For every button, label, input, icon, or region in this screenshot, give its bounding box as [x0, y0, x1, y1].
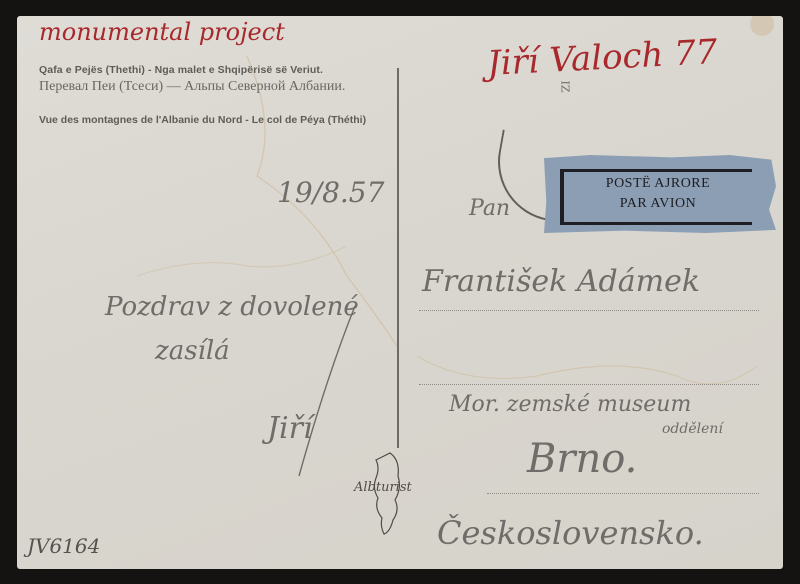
airmail-label-line-2: PAR AVION — [564, 196, 752, 212]
albturist-logo-text: Albturist — [354, 480, 412, 495]
airmail-label-frame: POSTË AJRORE PAR AVION — [560, 169, 752, 225]
address-city: Brno. — [527, 436, 637, 482]
address-line-2 — [419, 384, 759, 385]
caption-french: Vue des montagnes de l'Albanie du Nord -… — [39, 114, 379, 126]
caption-albanian: Qafa e Pejës (Thethi) - Nga malet e Shqi… — [39, 64, 323, 76]
address-department: oddělení — [662, 421, 723, 437]
inventory-number: JV6164 — [27, 534, 100, 558]
divider-line — [397, 68, 399, 448]
small-mark: IZ — [559, 81, 572, 93]
address-line-3 — [487, 493, 759, 494]
date: 19/8.57 — [277, 176, 384, 209]
caption-russian: Перевал Пеи (Тсеси) — Альпы Северной Алб… — [39, 79, 379, 94]
address-country: Československo. — [437, 514, 704, 552]
front-annotation: monumental project — [39, 18, 285, 46]
address-line-1 — [419, 310, 759, 311]
message-line-2: zasílá — [155, 336, 230, 366]
address-institution: Mor. zemské museum — [449, 392, 691, 417]
message-signature: Jiří — [267, 411, 313, 446]
red-signature: Jiří Valoch 77 — [486, 32, 718, 84]
airmail-label-line-1: POSTË AJRORE — [564, 176, 752, 192]
postcard: monumental project Qafa e Pejës (Thethi)… — [17, 16, 783, 569]
address-salutation: Pan — [469, 196, 510, 221]
albturist-logo: Albturist — [360, 448, 420, 543]
message-line-1: Pozdrav z dovolené — [105, 292, 359, 322]
airmail-label: POSTË AJRORE PAR AVION — [544, 155, 776, 233]
address-name: František Adámek — [422, 264, 700, 299]
